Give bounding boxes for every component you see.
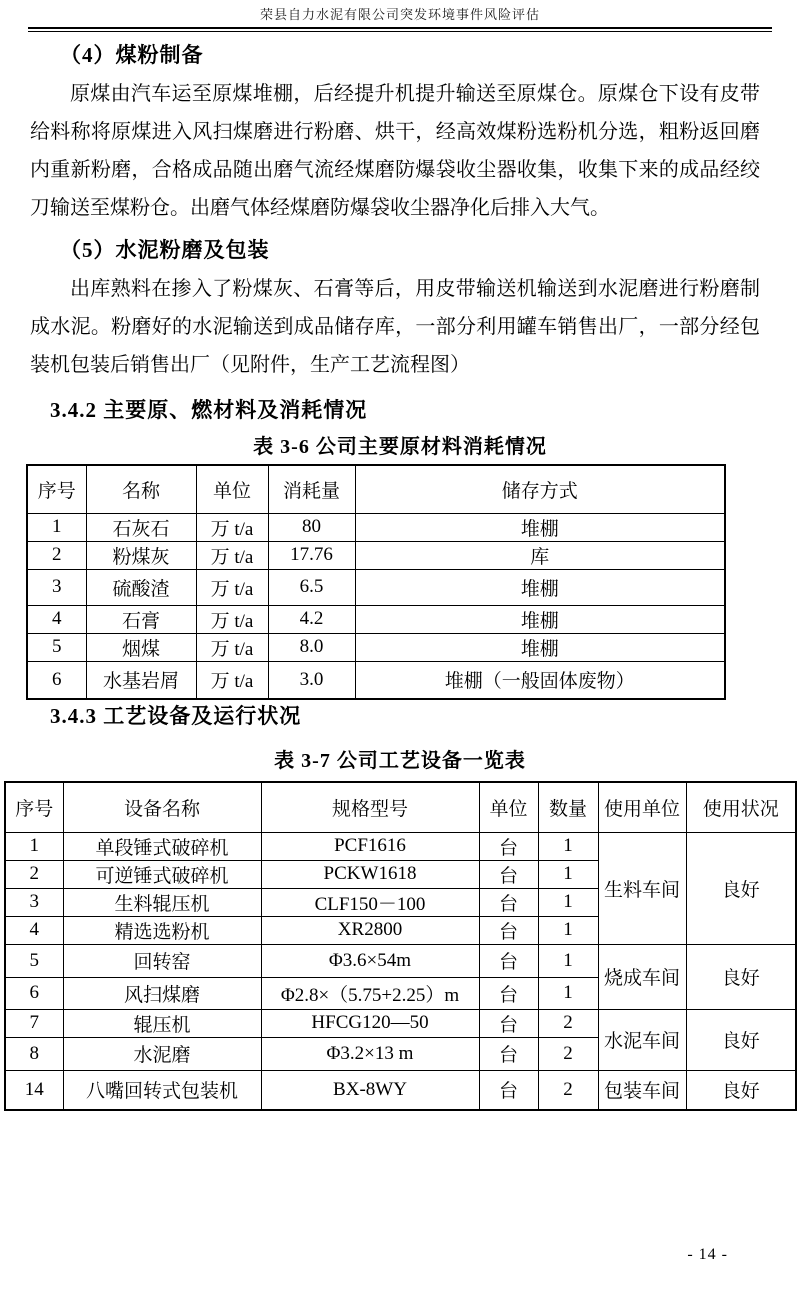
table-cell: PCF1616 bbox=[261, 832, 479, 860]
header-row: 序号名称单位消耗量储存方式 bbox=[27, 465, 725, 513]
table-cell: 8 bbox=[5, 1037, 63, 1070]
materials-table-head: 序号名称单位消耗量储存方式 bbox=[27, 465, 725, 513]
table-cell: 烟煤 bbox=[86, 633, 196, 661]
table-cell: 堆棚（一般固体废物） bbox=[355, 661, 725, 699]
table-cell: Φ2.8×（5.75+2.25）m bbox=[261, 977, 479, 1009]
table-cell: PCKW1618 bbox=[261, 860, 479, 888]
table-cell: 可逆锤式破碎机 bbox=[63, 860, 261, 888]
table-cell: 80 bbox=[268, 513, 355, 541]
table-cell: 6 bbox=[5, 977, 63, 1009]
section-heading-coal-preparation: （4）煤粉制备 bbox=[60, 41, 800, 69]
equipment-list-table: 序号设备名称规格型号单位数量使用单位使用状况 1单段锤式破碎机PCF1616台1… bbox=[4, 781, 797, 1111]
table-cell: 台 bbox=[479, 977, 538, 1009]
table-row: 7辊压机HFCG120—50台2水泥车间良好 bbox=[5, 1009, 796, 1037]
header-cell: 单位 bbox=[196, 465, 268, 513]
header-cell: 使用状况 bbox=[686, 782, 796, 832]
table-row: 4石膏万 t/a4.2堆棚 bbox=[27, 605, 725, 633]
table-cell: 3 bbox=[5, 888, 63, 916]
paragraph-coal-preparation: 原煤由汽车运至原煤堆棚，后经提升机提升输送至原煤仓。原煤仓下设有皮带给料称将原煤… bbox=[30, 75, 760, 227]
table-cell: 万 t/a bbox=[196, 633, 268, 661]
table-cell: 八嘴回转式包装机 bbox=[63, 1070, 261, 1110]
table-cell: 6 bbox=[27, 661, 86, 699]
table-cell: 5 bbox=[5, 944, 63, 977]
table-cell: 精选选粉机 bbox=[63, 916, 261, 944]
table-cell: 4.2 bbox=[268, 605, 355, 633]
table-cell: 4 bbox=[27, 605, 86, 633]
header-cell: 规格型号 bbox=[261, 782, 479, 832]
table-cell: 4 bbox=[5, 916, 63, 944]
header-cell: 单位 bbox=[479, 782, 538, 832]
header-cell: 储存方式 bbox=[355, 465, 725, 513]
header-row: 序号设备名称规格型号单位数量使用单位使用状况 bbox=[5, 782, 796, 832]
header-cell: 使用单位 bbox=[598, 782, 686, 832]
status-cell: 良好 bbox=[686, 832, 796, 944]
table-cell: 1 bbox=[538, 888, 598, 916]
table-row: 2粉煤灰万 t/a17.76库 bbox=[27, 541, 725, 569]
table-cell: 库 bbox=[355, 541, 725, 569]
table-cell: 万 t/a bbox=[196, 661, 268, 699]
table-cell: 17.76 bbox=[268, 541, 355, 569]
table-cell: 台 bbox=[479, 888, 538, 916]
table-cell: Φ3.6×54m bbox=[261, 944, 479, 977]
table-cell: 2 bbox=[538, 1070, 598, 1110]
table-cell: 生料辊压机 bbox=[63, 888, 261, 916]
table-cell: 风扫煤磨 bbox=[63, 977, 261, 1009]
dept-cell: 包装车间 bbox=[598, 1070, 686, 1110]
table-cell: 台 bbox=[479, 1009, 538, 1037]
section-heading-343: 3.4.3 工艺设备及运行状况 bbox=[50, 702, 800, 730]
table-cell: 万 t/a bbox=[196, 513, 268, 541]
table-cell: 万 t/a bbox=[196, 541, 268, 569]
paragraph-cement-grinding: 出库熟料在掺入了粉煤灰、石膏等后，用皮带输送机输送到水泥磨进行粉磨制成水泥。粉磨… bbox=[30, 270, 760, 384]
materials-consumption-table: 序号名称单位消耗量储存方式 1石灰石万 t/a80堆棚2粉煤灰万 t/a17.7… bbox=[26, 464, 726, 700]
table-cell: CLF150－100 bbox=[261, 888, 479, 916]
header-cell: 序号 bbox=[27, 465, 86, 513]
table-cell: 1 bbox=[27, 513, 86, 541]
status-cell: 良好 bbox=[686, 944, 796, 1009]
table-cell: 台 bbox=[479, 1037, 538, 1070]
table-cell: 7 bbox=[5, 1009, 63, 1037]
table-cell: 1 bbox=[538, 977, 598, 1009]
table-cell: 台 bbox=[479, 944, 538, 977]
table-row: 5烟煤万 t/a8.0堆棚 bbox=[27, 633, 725, 661]
table-cell: 台 bbox=[479, 860, 538, 888]
table-row: 1单段锤式破碎机PCF1616台1生料车间良好 bbox=[5, 832, 796, 860]
table-cell: 堆棚 bbox=[355, 513, 725, 541]
table-cell: 1 bbox=[538, 860, 598, 888]
table-cell: 堆棚 bbox=[355, 633, 725, 661]
table-3-7-caption: 表 3-7 公司工艺设备一览表 bbox=[0, 746, 800, 776]
table-cell: 堆棚 bbox=[355, 569, 725, 605]
equipment-table-head: 序号设备名称规格型号单位数量使用单位使用状况 bbox=[5, 782, 796, 832]
table-cell: 2 bbox=[538, 1037, 598, 1070]
table-cell: Φ3.2×13 m bbox=[261, 1037, 479, 1070]
table-cell: 台 bbox=[479, 916, 538, 944]
table-cell: 1 bbox=[538, 944, 598, 977]
table-cell: 1 bbox=[5, 832, 63, 860]
header-cell: 名称 bbox=[86, 465, 196, 513]
status-cell: 良好 bbox=[686, 1070, 796, 1110]
table-cell: 石灰石 bbox=[86, 513, 196, 541]
header-cell: 设备名称 bbox=[63, 782, 261, 832]
table-cell: 堆棚 bbox=[355, 605, 725, 633]
table-row: 6水基岩屑万 t/a3.0堆棚（一般固体废物） bbox=[27, 661, 725, 699]
header-cell: 数量 bbox=[538, 782, 598, 832]
table-cell: 单段锤式破碎机 bbox=[63, 832, 261, 860]
table-row: 5回转窑Φ3.6×54m台1烧成车间良好 bbox=[5, 944, 796, 977]
table-cell: 台 bbox=[479, 1070, 538, 1110]
page-number: - 14 - bbox=[687, 1246, 728, 1264]
document-page: 荣县自力水泥有限公司突发环境事件风险评估 （4）煤粉制备 原煤由汽车运至原煤堆棚… bbox=[0, 0, 800, 1292]
table-cell: 回转窑 bbox=[63, 944, 261, 977]
table-3-6-caption: 表 3-6 公司主要原材料消耗情况 bbox=[0, 432, 800, 462]
table-cell: 台 bbox=[479, 832, 538, 860]
table-cell: 水泥磨 bbox=[63, 1037, 261, 1070]
table-cell: 万 t/a bbox=[196, 605, 268, 633]
table-cell: 14 bbox=[5, 1070, 63, 1110]
table-cell: 万 t/a bbox=[196, 569, 268, 605]
table-cell: 粉煤灰 bbox=[86, 541, 196, 569]
table-row: 1石灰石万 t/a80堆棚 bbox=[27, 513, 725, 541]
table-cell: XR2800 bbox=[261, 916, 479, 944]
materials-table-body: 1石灰石万 t/a80堆棚2粉煤灰万 t/a17.76库3硫酸渣万 t/a6.5… bbox=[27, 513, 725, 699]
table-cell: HFCG120—50 bbox=[261, 1009, 479, 1037]
table-cell: 水基岩屑 bbox=[86, 661, 196, 699]
table-cell: 2 bbox=[27, 541, 86, 569]
table-cell: 石膏 bbox=[86, 605, 196, 633]
running-header: 荣县自力水泥有限公司突发环境事件风险评估 bbox=[0, 0, 800, 25]
table-row: 3硫酸渣万 t/a6.5堆棚 bbox=[27, 569, 725, 605]
table-cell: 2 bbox=[5, 860, 63, 888]
table-cell: BX-8WY bbox=[261, 1070, 479, 1110]
table-cell: 5 bbox=[27, 633, 86, 661]
dept-cell: 烧成车间 bbox=[598, 944, 686, 1009]
section-heading-cement-grinding: （5）水泥粉磨及包装 bbox=[60, 236, 800, 264]
table-cell: 2 bbox=[538, 1009, 598, 1037]
header-cell: 序号 bbox=[5, 782, 63, 832]
table-cell: 硫酸渣 bbox=[86, 569, 196, 605]
status-cell: 良好 bbox=[686, 1009, 796, 1070]
header-rule bbox=[28, 27, 772, 32]
table-cell: 1 bbox=[538, 916, 598, 944]
section-heading-342: 3.4.2 主要原、燃材料及消耗情况 bbox=[50, 396, 800, 424]
dept-cell: 水泥车间 bbox=[598, 1009, 686, 1070]
header-cell: 消耗量 bbox=[268, 465, 355, 513]
table-cell: 3.0 bbox=[268, 661, 355, 699]
table-row: 14八嘴回转式包装机BX-8WY台2包装车间良好 bbox=[5, 1070, 796, 1110]
table-cell: 8.0 bbox=[268, 633, 355, 661]
table-cell: 1 bbox=[538, 832, 598, 860]
table-cell: 3 bbox=[27, 569, 86, 605]
table-cell: 辊压机 bbox=[63, 1009, 261, 1037]
equipment-table-body: 1单段锤式破碎机PCF1616台1生料车间良好2可逆锤式破碎机PCKW1618台… bbox=[5, 832, 796, 1110]
dept-cell: 生料车间 bbox=[598, 832, 686, 944]
table-cell: 6.5 bbox=[268, 569, 355, 605]
